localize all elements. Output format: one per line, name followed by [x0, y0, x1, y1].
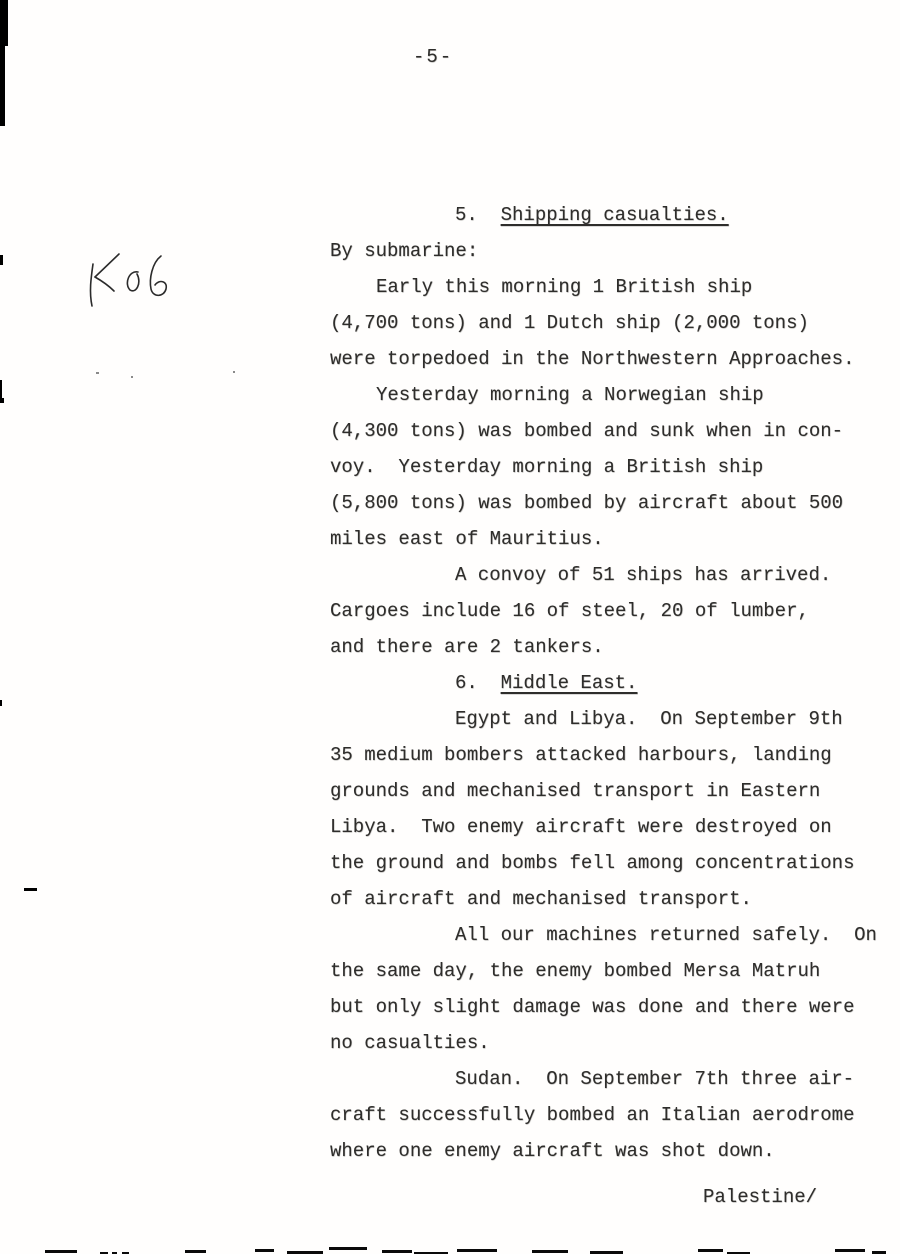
text-line: Early this morning 1 British ship: [330, 269, 875, 305]
text-line: grounds and mechanised transport in East…: [330, 773, 875, 809]
scan-artifact-dash: [382, 1250, 412, 1253]
text-line: the ground and bombs fell among concentr…: [330, 845, 875, 881]
text-segment: (4,300 tons) was bombed and sunk when in…: [330, 420, 843, 442]
text-segment: and there are 2 tankers.: [330, 636, 604, 658]
scan-artifact-dash: [532, 1250, 568, 1253]
scan-artifact-dash: [255, 1249, 274, 1252]
text-segment: 6.: [455, 672, 501, 694]
text-segment: grounds and mechanised transport in East…: [330, 780, 820, 802]
scan-artifact-dot: [96, 372, 99, 374]
scan-artifact-dot: [233, 371, 235, 373]
scan-artifact-dash: [329, 1247, 367, 1250]
text-segment: the same day, the enemy bombed Mersa Mat…: [330, 960, 820, 982]
text-segment: where one enemy aircraft was shot down.: [330, 1140, 775, 1162]
text-line: no casualties.: [330, 1025, 875, 1061]
text-line: of aircraft and mechanised transport.: [330, 881, 875, 917]
scan-artifact-dash: [457, 1249, 497, 1252]
typed-text: 5. Shipping casualties.By submarine:Earl…: [330, 197, 875, 1169]
scan-artifact-dash: [835, 1249, 865, 1252]
text-line: but only slight damage was done and ther…: [330, 989, 875, 1025]
text-line: Cargoes include 16 of steel, 20 of lumbe…: [330, 593, 875, 629]
scan-artifact-dash: [698, 1249, 723, 1252]
text-segment: Egypt and Libya. On September 9th: [455, 708, 843, 730]
text-segment: (5,800 tons) was bombed by aircraft abou…: [330, 492, 843, 514]
text-segment: were torpedoed in the Northwestern Appro…: [330, 348, 855, 370]
scan-artifact-left-line: [0, 380, 2, 398]
text-line: Libya. Two enemy aircraft were destroyed…: [330, 809, 875, 845]
text-segment: Yesterday morning a Norwegian ship: [376, 384, 764, 406]
text-line: Yesterday morning a Norwegian ship: [330, 377, 875, 413]
text-line: were torpedoed in the Northwestern Appro…: [330, 341, 875, 377]
scan-artifact-left-speck: [0, 398, 4, 403]
text-segment: no casualties.: [330, 1032, 490, 1054]
text-segment: miles east of Mauritius.: [330, 528, 604, 550]
scan-artifact-left-bar: [0, 44, 5, 126]
text-line: the same day, the enemy bombed Mersa Mat…: [330, 953, 875, 989]
text-line: Egypt and Libya. On September 9th: [330, 701, 875, 737]
text-line: voy. Yesterday morning a British ship: [330, 449, 875, 485]
scan-artifact-left-bar: [0, 0, 8, 46]
page-number: -5-: [413, 46, 453, 68]
scan-artifact-margin-dash: [24, 888, 37, 891]
text-line: Sudan. On September 7th three air-: [330, 1061, 875, 1097]
scan-artifact-left-speck: [0, 255, 3, 265]
text-line: A convoy of 51 ships has arrived.: [330, 557, 875, 593]
text-segment: but only slight damage was done and ther…: [330, 996, 855, 1018]
text-line: craft successfully bombed an Italian aer…: [330, 1097, 875, 1133]
text-segment: Sudan. On September 7th three air-: [455, 1068, 854, 1090]
text-line: By submarine:: [330, 233, 875, 269]
text-line: (4,300 tons) was bombed and sunk when in…: [330, 413, 875, 449]
text-segment: the ground and bombs fell among concentr…: [330, 852, 855, 874]
text-segment: of aircraft and mechanised transport.: [330, 888, 752, 910]
scan-artifact-left-speck: [0, 700, 2, 706]
text-line: 5. Shipping casualties.: [330, 197, 875, 233]
catchword: Palestine/: [703, 1186, 817, 1208]
text-line: (4,700 tons) and 1 Dutch ship (2,000 ton…: [330, 305, 875, 341]
text-line: miles east of Mauritius.: [330, 521, 875, 557]
document-page: -5- 5. Shipping casualties.By submarine:…: [0, 0, 900, 1254]
scan-artifact-dash: [185, 1250, 206, 1253]
text-segment: All our machines returned safely. On: [455, 924, 877, 946]
scan-artifact-dot: [131, 376, 133, 378]
text-segment: (4,700 tons) and 1 Dutch ship (2,000 ton…: [330, 312, 809, 334]
text-line: All our machines returned safely. On: [330, 917, 875, 953]
text-line: (5,800 tons) was bombed by aircraft abou…: [330, 485, 875, 521]
underlined-text: Middle East.: [501, 672, 638, 694]
text-segment: Libya. Two enemy aircraft were destroyed…: [330, 816, 832, 838]
text-line: where one enemy aircraft was shot down.: [330, 1133, 875, 1169]
text-segment: 5.: [455, 204, 501, 226]
text-segment: voy. Yesterday morning a British ship: [330, 456, 763, 478]
text-segment: Cargoes include 16 of steel, 20 of lumbe…: [330, 600, 809, 622]
underlined-text: Shipping casualties.: [501, 204, 729, 226]
text-segment: 35 medium bombers attacked harbours, lan…: [330, 744, 832, 766]
handwritten-mark: [80, 248, 200, 328]
text-line: and there are 2 tankers.: [330, 629, 875, 665]
text-segment: A convoy of 51 ships has arrived.: [455, 564, 831, 586]
text-segment: Early this morning 1 British ship: [376, 276, 752, 298]
text-segment: By submarine:: [330, 240, 478, 262]
text-line: 6. Middle East.: [330, 665, 875, 701]
text-segment: craft successfully bombed an Italian aer…: [330, 1104, 855, 1126]
text-line: 35 medium bombers attacked harbours, lan…: [330, 737, 875, 773]
scan-artifact-dash: [45, 1250, 77, 1253]
